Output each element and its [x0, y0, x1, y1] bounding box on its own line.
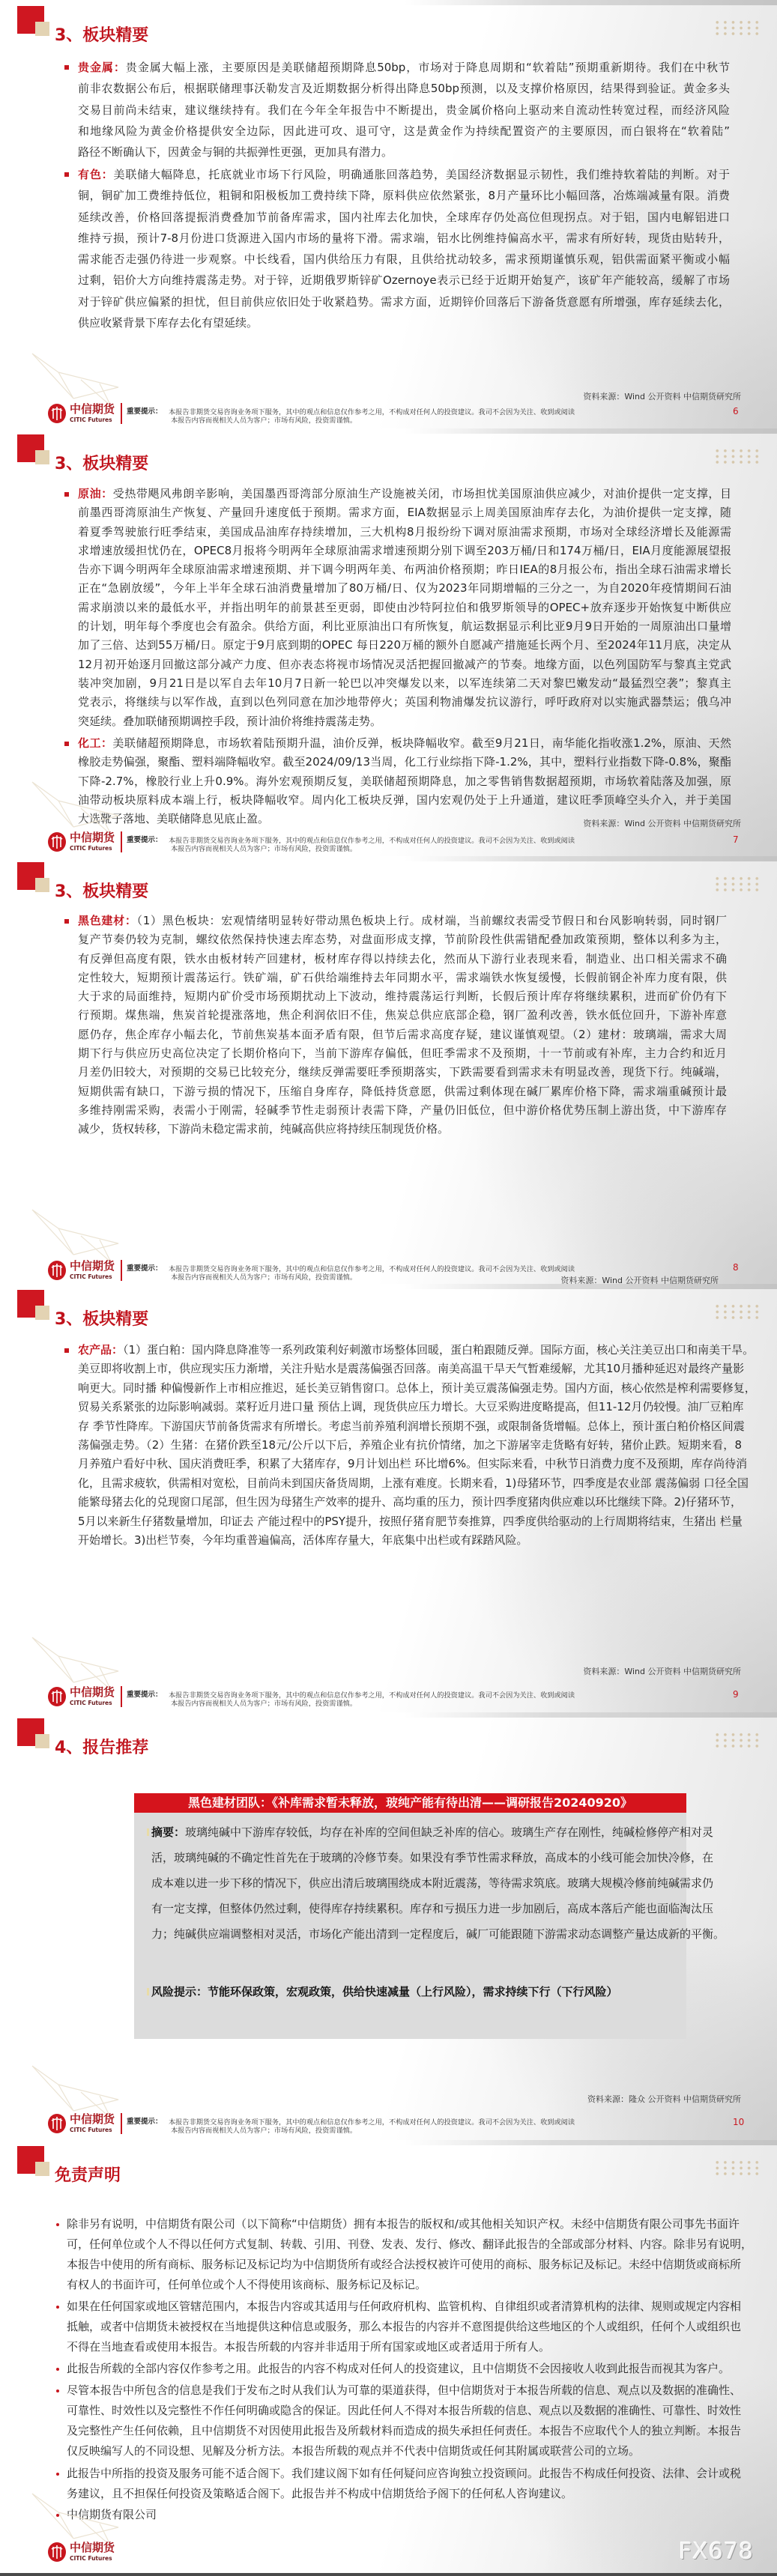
- slide-title: 免责声明: [55, 2166, 121, 2186]
- notice-label: 重要提示：: [127, 1262, 163, 1273]
- brand-name-en: CITIC Futures: [70, 2127, 112, 2133]
- text-line: 求增速放缓担忧仍在，OPEC8月报将今明两年全球原油需求增速预期分别下调至203…: [78, 542, 731, 560]
- text-line: 多维持刚需采购，表需小于刚需，轻碱季节性走弱预计表需下降，产量仍旧低位，但中游价…: [78, 1101, 727, 1120]
- item-label: 原油：: [78, 487, 113, 500]
- text-line: 本报告中使用的所有商标、服务标记及标记均为中信期货所有或经合法授权被许可使用的商…: [67, 2255, 737, 2275]
- text-line: 力；纯碱供应端调整相对灵活，市场化产能出清到一定程度后，碱厂可能跟随下游需求动态…: [151, 1921, 681, 1947]
- notice-line-2: 本报告内容而视相关人员为客户；市场有风险，投资需谨慎。: [171, 843, 357, 853]
- brand-name-en: CITIC Futures: [70, 1273, 112, 1280]
- text-line: 12月初开始逐月回撤这部分减产力度、但亦表态将视市场情况灵活把握回撤减产的节奏。…: [78, 655, 731, 674]
- item-label: 农产品：: [78, 1343, 123, 1357]
- notice-line-2: 本报告内容而视相关人员为客户；市场有风险，投资需谨慎。: [171, 2124, 357, 2135]
- item-label: 黑色建材：: [78, 914, 137, 927]
- text-line: 复产节奏仍较为克制，螺纹依然保持快速去库态势，对盘面形成支撑，节前阶段性供需错配…: [78, 930, 727, 949]
- footer-separator: [121, 403, 122, 424]
- slide-disclaimer: 免责声明 除非另有说明，中信期货有限公司（以下简称“中信期货）拥有本报告的版权和…: [0, 2140, 777, 2576]
- text-line: 过剩，铝价大方向维持震荡走势。对于锌，近期俄罗斯锌矿Ozernoye表示已经于近…: [78, 270, 730, 291]
- footer-separator: [121, 2113, 122, 2134]
- text-line: 月养殖户看好中秋、国庆消费旺季，积累了大猪库存，9月计划出栏 环比增6%。但实际…: [78, 1455, 742, 1473]
- text-line: 前非农数据公布后，根据联储理事沃勒发言及近期数据分析得出降息50bp预测，以及支…: [78, 78, 730, 99]
- dot-grid-decoration-icon: [713, 1732, 761, 1749]
- text-line: 中信期货有限公司: [67, 2505, 737, 2525]
- dot-grid-decoration-icon: [713, 19, 761, 37]
- dot-bullet-icon: [56, 2368, 59, 2371]
- source-note: 资料来源：Wind 公开资料 中信期货研究所: [560, 1274, 719, 1284]
- text-line: 装冲突加剧，9月21日是以军自去年10月7日新一轮巴以冲突爆发以来，以军连续第二…: [78, 674, 731, 693]
- dot-grid-decoration-icon: [713, 2160, 761, 2177]
- text-line: 下降-2.7%，橡胶行业上升0.9%。海外宏观预期反复，美联储超预期降息，加之零…: [78, 772, 731, 791]
- text-line: 尽管本报告中所包含的信息是我们于发布之时从我们认为可靠的渠道获得，但中信期货对于…: [67, 2380, 737, 2401]
- text-line: 存 季节性降库。下游国庆节前备货需求有所增长。考虑当前养殖利润增长预期不强，或限…: [78, 1417, 742, 1436]
- section-crude-oil: 原油：受热带飓风弗朗辛影响，美国墨西哥湾部分原油生产设施被关闭，市场担忧美国原油…: [78, 485, 731, 731]
- notice-label: 重要提示：: [127, 1688, 163, 1699]
- square-bullet-icon: [64, 919, 69, 924]
- disclaimer-jurisdiction: 如果在任何国家或地区管辖范围内，本报告内容或其适用与任何政府机构、监管机构、自律…: [67, 2297, 737, 2357]
- notice-line-2: 本报告内容而视相关人员为客户；市场有风险，投资需谨慎。: [171, 1271, 357, 1282]
- report-card-header: 黑色建材团队：《补库需求暂未释放，玻纯产能有待出清——调研报告20240920》: [134, 1793, 686, 1813]
- text-line: 美豆即将收割上市，供应现实压力渐增，关注升贴水是震荡偏强否回落。南美高温干旱天气…: [78, 1360, 742, 1378]
- disclaimer-accuracy: 尽管本报告中所包含的信息是我们于发布之时从我们认为可靠的渠道获得，但中信期货对于…: [67, 2380, 737, 2461]
- text-line: 除非另有说明，中信期货有限公司（以下简称“中信期货）拥有本报告的版权和/或其他相…: [67, 2214, 737, 2234]
- line-text: （1）黑色板块：宏观情绪明显转好带动黑色板块上行。成材端，当前螺纹表需受节假日和…: [137, 914, 727, 927]
- item-label: 化工：: [78, 736, 112, 750]
- notice-line-2: 本报告内容而视相关人员为客户；市场有风险，投资需谨慎。: [171, 1697, 357, 1708]
- text-line: 抵触，或者中信期货未被授权在当地提供这种信息或服务，那么本报告的内容并不意图提供…: [67, 2317, 737, 2337]
- text-line: 活，玻璃纯碱的不确定性首先在于玻璃的冷修节奏。如果没有季节性需求释放，高成本的小…: [151, 1845, 681, 1870]
- square-bullet-icon: [64, 1348, 69, 1353]
- dot-bullet-icon: [56, 2473, 59, 2476]
- text-line: 原油：受热带飓风弗朗辛影响，美国墨西哥湾部分原油生产设施被关闭，市场担忧美国原油…: [78, 485, 731, 503]
- text-line: 大于求的局面维持，短期内矿价受市场预期扰动上下波动，维持震荡运行判断，长假后预计…: [78, 987, 727, 1006]
- brand-name-cn: 中信期货: [70, 1686, 115, 1698]
- top-gradient-strip: [405, 856, 777, 861]
- text-line: 可靠性、时效性以及完整性不作任何明确或隐含的保证。因此任何人不得对本报告所载的信…: [67, 2401, 737, 2421]
- text-line: 此报告所载的全部内容仅作参考之用。此报告的内容不构成对任何人的投资建议，且中信期…: [67, 2359, 737, 2379]
- text-line: 延续改善，价格回落提振消费叠加节前备库需求，国内社库去化加快，全球库存仍处高位但…: [78, 207, 730, 228]
- text-line: 党表示，将继续与以军作战，直到以色列同意在加沙地带停火；英国利物浦爆发抗议游行，…: [78, 693, 731, 712]
- slide-title: 3、板块精要: [55, 455, 148, 474]
- source-note: 资料来源：Wind 公开资料 中信期货研究所: [583, 1665, 741, 1677]
- line-text: 受热带飓风弗朗辛影响，美国墨西哥湾部分原油生产设施被关闭，市场担忧美国原油供应减…: [113, 487, 731, 500]
- item-label: 有色：: [78, 168, 114, 181]
- citic-logo-icon: [48, 1261, 66, 1280]
- text-line: 对于锌矿供应偏紧的担忧，但目前供应依旧处于收紧趋势。需求方面，近期锌价回落后下游…: [78, 291, 730, 312]
- line-text: 美联储大幅降息，托底就业市场下行风险，明确通胀回落趋势，美国经济数据显示韧性，我…: [114, 168, 730, 181]
- slide-title: 4、报告推荐: [55, 1739, 148, 1758]
- text-line: 农产品：（1）蛋白粕：国内降息降准等一系列政策利好刺激市场整体回暖，蛋白粕跟随反…: [78, 1341, 742, 1360]
- text-line: 化，且需求疲软，供需相对宽松，目前尚未到国庆备货周期，上涨有难度。长期来看，1)…: [78, 1474, 742, 1493]
- text-line: 维持亏损，预计7-8月份进口货源进入国内市场的量将下滑。需求端，铝水比例维持偏高…: [78, 228, 730, 249]
- bottom-edge-strip: [0, 2573, 777, 2576]
- text-line: 定性较大，短期预计震荡运行。铁矿端，矿石供给端维持去年同期水平，需求端铁水恢复缓…: [78, 969, 727, 987]
- watermark: FX678: [679, 2539, 754, 2565]
- report-summary: 摘要：玻璃纯碱中下游库存较低，均存在补库的空间但缺乏补库的信心。玻璃生产存在刚性…: [151, 1819, 681, 1947]
- text-line: 和地缘风险为黄金价格提供安全边际，因此进可攻、退可守，这是黄金作为持续配置资产的…: [78, 121, 730, 142]
- dot-bullet-icon: [56, 2389, 59, 2392]
- title-beige-square-icon: [35, 878, 49, 892]
- square-bullet-icon: [64, 742, 69, 746]
- slide-page-8: 3、板块精要 黑色建材：（1）黑色板块：宏观情绪明显转好带动黑色板块上行。成材端…: [0, 856, 777, 1284]
- source-note: 资料来源：Wind 公开资料 中信期货研究所: [583, 390, 741, 402]
- text-line: 化工：美联储超预期降息，市场软着陆预期升温，油价反弹，板块降幅收窄。截至9月21…: [78, 734, 731, 753]
- page-number: 8: [733, 1262, 739, 1273]
- dot-grid-decoration-icon: [713, 876, 761, 893]
- text-line: 正在“急剧放缓”，今年上半年全球石油消费量增加了80万桶/日、仅为2023年同期…: [78, 579, 731, 598]
- risk-marker-icon: [147, 1988, 149, 1995]
- line-text: 美联储超预期降息，市场软着陆预期升温，油价反弹，板块降幅收窄。截至9月21日，南…: [112, 736, 731, 750]
- brand-name-cn: 中信期货: [70, 2113, 115, 2125]
- slide-title: 3、板块精要: [55, 26, 148, 46]
- title-beige-square-icon: [35, 2162, 49, 2176]
- text-line: 加了三倍、达到55万桶/日。原定于9月底到期的OPEC 每日220万桶的额外自愿…: [78, 636, 731, 655]
- text-line: 前墨西哥湾原油生产恢复、产量回升速度低于预期。需求方面，EIA数据显示上周美国原…: [78, 503, 731, 522]
- notice-label: 重要提示：: [127, 405, 163, 416]
- notice-line-2: 本报告内容而视相关人员为客户；市场有风险，投资需谨慎。: [171, 414, 357, 425]
- section-nonferrous: 有色：美联储大幅降息，托底就业市场下行风险，明确通胀回落趋势，美国经济数据显示韧…: [78, 164, 730, 333]
- slide-page-7: 3、板块精要 原油：受热带飓风弗朗辛影响，美国墨西哥湾部分原油生产设施被关闭，市…: [0, 428, 777, 856]
- page-number: 6: [733, 406, 739, 416]
- text-line: 有反弹但高度有限，铁水由板材转产回建材，板材库存得以持续去化，然而从下游行业表现…: [78, 950, 727, 969]
- line-text: （1）蛋白粕：国内降息降准等一系列政策利好刺激市场整体回暖，蛋白粕跟随反弹。国际…: [123, 1343, 754, 1357]
- top-gradient-strip: [405, 1712, 777, 1718]
- report-risk-note: 风险提示：节能环保政策，宏观政策，供给快速减量（上行风险），需求持续下行（下行风…: [151, 1981, 681, 2002]
- text-line: 月差仍旧较大，对预期的交易已比较充分，继续反弹需要旺季预期落实，下跌需要看到需求…: [78, 1063, 727, 1082]
- disclaimer-company: 中信期货有限公司: [67, 2505, 737, 2525]
- disclaimer-reference-only: 此报告所载的全部内容仅作参考之用。此报告的内容不构成对任何人的投资建议，且中信期…: [67, 2359, 737, 2379]
- slide-page-10: 4、报告推荐 黑色建材团队：《补库需求暂未释放，玻纯产能有待出清——调研报告20…: [0, 1712, 777, 2140]
- line-text: 贵金属大幅上涨，主要原因是美联储超预期降息50bp，市场对于降息周期和“软着陆”…: [126, 61, 730, 74]
- text-line: 及完整性产生任何依赖，且中信期货不对因使用此报告及所载材料而造成的损失承担任何责…: [67, 2421, 737, 2441]
- text-line: 有权人的书面许可，任何单位或个人不得使用该商标、服务标记及标记。: [67, 2275, 737, 2295]
- slide-page-9: 3、板块精要 农产品：（1）蛋白粕：国内降息降准等一系列政策利好刺激市场整体回暖…: [0, 1284, 777, 1712]
- risk-text: 风险提示：节能环保政策，宏观政策，供给快速减量（上行风险），需求持续下行（下行风…: [151, 1981, 681, 2002]
- text-line: 荡偏强走势。（2）生猪：在猪价跌至18元/公斤以下后，养殖企业有抗价情绪，加之下…: [78, 1436, 742, 1455]
- disclaimer-copyright: 除非另有说明，中信期货有限公司（以下简称“中信期货）拥有本报告的版权和/或其他相…: [67, 2214, 737, 2295]
- brand-name-cn: 中信期货: [70, 2542, 115, 2554]
- text-line: 告亦下调今明两年全球原油需求增速预期、并下调今明两年美、布两油价格预期；昨日IE…: [78, 560, 731, 579]
- square-bullet-icon: [64, 65, 69, 70]
- section-precious-metals: 贵金属：贵金属大幅上涨，主要原因是美联储超预期降息50bp，市场对于降息周期和“…: [78, 57, 730, 163]
- text-line: 着夏季驾驶旅行旺季结束，美国成品油库存持续增加，三大机构8月报纷纷下调对原油需求…: [78, 523, 731, 542]
- notice-label: 重要提示：: [127, 834, 163, 844]
- text-line: 务建议，且不担保任何投资及策略适合阁下。此报告并不构成中信期货给予阁下的任何私人…: [67, 2484, 737, 2504]
- slide-page-6: 3、板块精要 贵金属：贵金属大幅上涨，主要原因是美联储超预期降息50bp，市场对…: [0, 0, 777, 428]
- text-line: 5月以来新生仔猪数量增加，印证去 产能过程中的PSY提升，按照仔猪育肥节奏推算，…: [78, 1512, 742, 1531]
- text-line: 交易目前尚未结束，建议继续持有。我们在今年全年报告中不断提出，贵金属价格向上驱动…: [78, 100, 730, 121]
- title-beige-square-icon: [35, 450, 49, 464]
- text-line: 橡胶走势偏强，聚酯、塑料端降幅收窄。截至2024/09/13当周，化工行业综指下…: [78, 753, 731, 772]
- text-line: 愿仍存，焦企库存小幅去化，节前焦炭基本面矛盾有限，但节后需求高度存疑，建议谨慎观…: [78, 1025, 727, 1044]
- disclaimer-suitability: 此报告中所指的投资及服务可能不适合阁下。我们建议阁下如有任何疑问应咨询独立投资顾…: [67, 2464, 737, 2504]
- text-line: 铜，铜矿加工费维持低位，粗铜和阳极板加工费持续下降，原料供应依然紧张，8月产量环…: [78, 185, 730, 206]
- dot-bullet-icon: [56, 2306, 59, 2309]
- text-line: 行预期。煤焦端，焦炭首轮提涨落地，焦企利润依旧不佳，焦炭总供应底部企稳，钢厂盈利…: [78, 1006, 727, 1025]
- dot-grid-decoration-icon: [713, 1303, 761, 1321]
- citic-logo-icon: [48, 832, 66, 852]
- text-line: 有一定支撑，但整体仍然过剩，使得库存持续累积。库存和亏损压力进一步加剧后，高成本…: [151, 1896, 681, 1921]
- square-bullet-icon: [64, 492, 69, 497]
- line-text: 玻璃纯碱中下游库存较低，均存在补库的空间但缺乏补库的信心。玻璃生产存在刚性，纯碱…: [185, 1825, 713, 1839]
- text-line: 可，任何单位或个人不得以任何方式复制、转载、引用、刊登、发表、发行、修改、翻译此…: [67, 2234, 737, 2255]
- text-line: 有色：美联储大幅降息，托底就业市场下行风险，明确通胀回落趋势，美国经济数据显示韧…: [78, 164, 730, 185]
- text-line: 响更大。同时播 种偏慢新作上市相应推迟，延长美豆销售窗口。总体上，预计美豆震荡偏…: [78, 1379, 742, 1398]
- text-line: 成本难以进一步下移的情况下，供应出清后玻璃围绕成本附近震荡，等待需求筑底。玻璃大…: [151, 1870, 681, 1896]
- text-line: 突延续。叠加联储预期调控手段，预计油价将维持震荡走势。: [78, 712, 731, 731]
- page-number: 7: [733, 834, 739, 845]
- citic-logo-icon: [48, 2114, 66, 2133]
- section-chemicals: 化工：美联储超预期降息，市场软着陆预期升温，油价反弹，板块降幅收窄。截至9月21…: [78, 734, 731, 828]
- page-number: 10: [733, 2117, 744, 2127]
- text-line: 期下行与供应历史高位决定了长期价格向下，当前下游库存偏低，但旺季需求不及预期，十…: [78, 1044, 727, 1063]
- source-note: 资料来源：Wind 公开资料 中信期货研究所: [583, 817, 741, 829]
- text-line: 减少，货权转移，下游尚未稳定需求前，纯碱高供应将持续压制现货价格。: [78, 1120, 727, 1139]
- title-beige-square-icon: [35, 22, 49, 36]
- brand-name-en: CITIC Futures: [70, 2555, 112, 2562]
- text-line: 如果在任何国家或地区管辖范围内，本报告内容或其适用与任何政府机构、监管机构、自律…: [67, 2297, 737, 2317]
- square-bullet-icon: [64, 172, 69, 177]
- brand-name-en: CITIC Futures: [70, 1700, 112, 1706]
- footer-separator: [121, 1260, 122, 1281]
- top-gradient-strip: [405, 2140, 777, 2145]
- text-line: 油带动板块原料成本端上行，板块降幅收窄。周内化工板块反弹，国内宏观仍处于上升通道…: [78, 791, 731, 810]
- slide-title: 3、板块精要: [55, 882, 148, 902]
- text-line: 仅反映编写人的不同设想、见解及分析方法。本报告所载的观点并不代表中信期货或任何其…: [67, 2441, 737, 2461]
- citic-logo-icon: [48, 404, 66, 423]
- summary-label: 摘要：: [151, 1825, 185, 1839]
- title-beige-square-icon: [35, 1306, 49, 1320]
- text-line: 开始增长。3)出栏节奏，今年均重普遍偏高，活体库存量大，年底集中出栏或有踩踏风险…: [78, 1531, 742, 1550]
- dot-bullet-icon: [56, 2223, 59, 2226]
- text-line: 贵金属：贵金属大幅上涨，主要原因是美联储超预期降息50bp，市场对于降息周期和“…: [78, 57, 730, 78]
- item-label: 贵金属：: [78, 61, 126, 74]
- brand-name-en: CITIC Futures: [70, 416, 112, 423]
- section-ferrous-building-materials: 黑色建材：（1）黑色板块：宏观情绪明显转好带动黑色板块上行。成材端，当前螺纹表需…: [78, 912, 727, 1139]
- section-agriculture: 农产品：（1）蛋白粕：国内降息降准等一系列政策利好刺激市场整体回暖，蛋白粕跟随反…: [78, 1341, 742, 1550]
- citic-logo-icon: [48, 2542, 66, 2562]
- text-line: 此报告中所指的投资及服务可能不适合阁下。我们建议阁下如有任何疑问应咨询独立投资顾…: [67, 2464, 737, 2484]
- text-line: 黑色建材：（1）黑色板块：宏观情绪明显转好带动黑色板块上行。成材端，当前螺纹表需…: [78, 912, 727, 930]
- footer-separator: [121, 1686, 122, 1707]
- text-line: 路径不断确认下，因黄金与铜的共振弹性更强，更加具有潜力。: [78, 142, 730, 163]
- top-gradient-strip: [405, 428, 777, 434]
- slide-title: 3、板块精要: [55, 1310, 148, 1330]
- text-line: 需求能否走强仍待进一步观察。中长线看，国内供给压力有限，且供给扰动较多，需求预期…: [78, 249, 730, 270]
- brand-name-cn: 中信期货: [70, 831, 115, 843]
- text-line: 短期供需有缺口，下游亏损的情况下，压缩自身库存，降低持货意愿，供需过剩体现在碱厂…: [78, 1082, 727, 1101]
- dot-grid-decoration-icon: [713, 448, 761, 465]
- text-line: 能繁母猪去化的兑现窗口尾部，但生因为母猪生产效率的提升、高均重的压力，预计四季度…: [78, 1493, 742, 1512]
- footer-separator: [121, 831, 122, 852]
- citic-logo-icon: [48, 1687, 66, 1706]
- top-gradient-strip: [405, 0, 777, 5]
- page-number: 9: [733, 1689, 739, 1700]
- brand-name-cn: 中信期货: [70, 403, 115, 415]
- brand-name-cn: 中信期货: [70, 1260, 115, 1272]
- text-line: 不得在当地查看或使用本报告。本报告所载的内容并非适用于所有国家或地区或者适用于所…: [67, 2337, 737, 2357]
- title-beige-square-icon: [35, 1734, 49, 1748]
- source-note: 资料来源：隆众 公开资料 中信期货研究所: [587, 2093, 741, 2105]
- top-gradient-strip: [405, 1284, 777, 1289]
- summary-marker-icon: [147, 1828, 149, 1836]
- text-line: 需求崩溃以来的最低水平，并指出明年的前景甚至更弱，即使由沙特阿拉伯和俄罗斯领导的…: [78, 598, 731, 617]
- text-line: 的计划，明年每个季度也会有盈余。供给方面，利比亚原油出口有所恢复，航运数据显示利…: [78, 617, 731, 636]
- text-line: 供应收紧背景下库存去化有望延续。: [78, 312, 730, 333]
- text-line: 贸易关系紧张的边际影响减弱。菜籽近月进口量 预估上调，现货供应压力增长。大豆采购…: [78, 1398, 742, 1416]
- text-line: 摘要：玻璃纯碱中下游库存较低，均存在补库的空间但缺乏补库的信心。玻璃生产存在刚性…: [151, 1819, 681, 1845]
- notice-label: 重要提示：: [127, 2115, 163, 2126]
- brand-name-en: CITIC Futures: [70, 845, 112, 852]
- report-recommendation-card: 黑色建材团队：《补库需求暂未释放，玻纯产能有待出清——调研报告20240920》…: [134, 1793, 686, 2039]
